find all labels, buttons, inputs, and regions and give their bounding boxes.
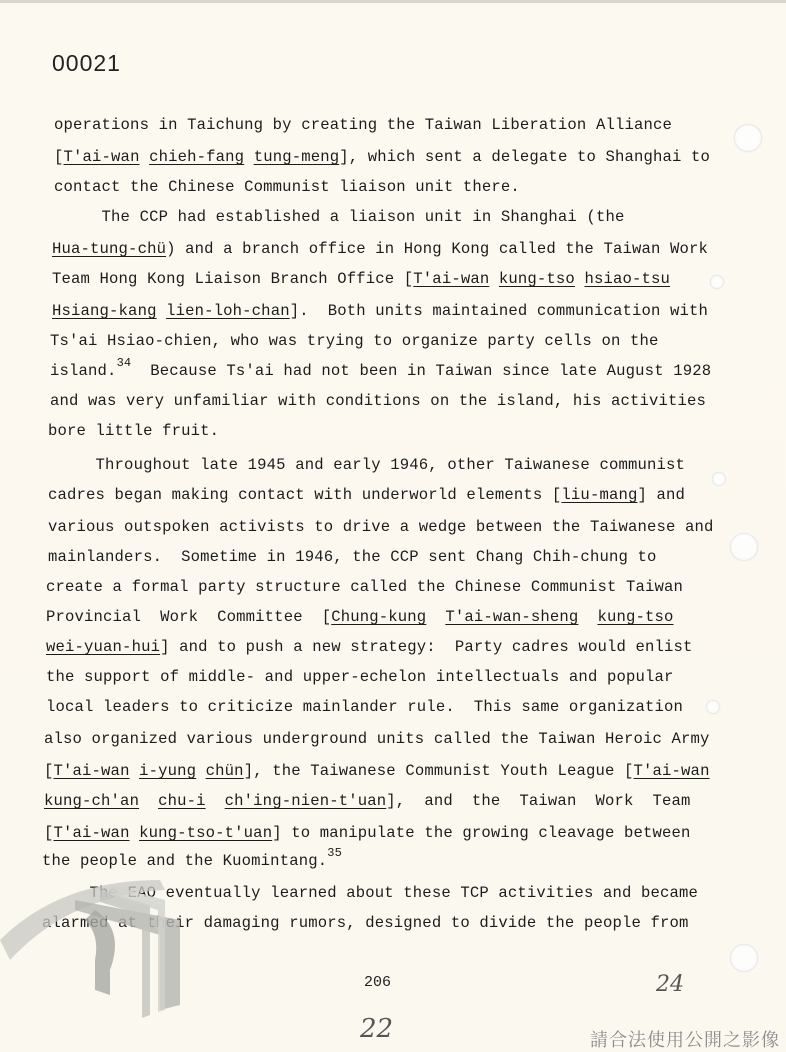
text-segment: ) and a branch office in Hong Kong calle… [166, 240, 708, 258]
romanized-term: wei-yuan-hui [46, 638, 160, 656]
romanized-term: T'ai-wan [54, 762, 130, 780]
romanized-term: T'ai-wan [634, 762, 710, 780]
text-segment: the people and the Kuomintang. [42, 852, 327, 870]
handwritten-mark: 22 [360, 1014, 393, 1044]
text-line: also organized various underground units… [44, 730, 710, 748]
text-segment: also organized various underground units… [44, 730, 710, 748]
text-segment: mainlanders. Sometime in 1946, the CCP s… [48, 548, 657, 566]
footnote-ref: 34 [117, 356, 132, 370]
text-segment [196, 762, 206, 780]
text-line: [T'ai-wan chieh-fang tung-meng], which s… [54, 148, 710, 166]
text-segment: ], the Taiwanese Communist Youth League … [244, 762, 634, 780]
text-line: Ts'ai Hsiao-chien, who was trying to org… [50, 332, 659, 350]
text-line: local leaders to criticize mainlander ru… [46, 698, 683, 716]
text-segment: create a formal party structure called t… [46, 578, 683, 596]
text-line: the people and the Kuomintang.35 [42, 852, 342, 870]
text-segment: island. [50, 362, 117, 380]
text-segment: The CCP had established a liaison unit i… [54, 208, 624, 226]
text-segment: ]. Both units maintained communication w… [290, 302, 708, 320]
text-segment [130, 762, 140, 780]
romanized-term: Hsiang-kang [52, 302, 157, 320]
romanized-term: T'ai-wan-sheng [445, 608, 578, 626]
text-segment: ] to manipulate the growing cleavage bet… [272, 824, 690, 842]
romanized-term: tung-meng [254, 148, 340, 166]
romanized-term: Hua-tung-chü [52, 240, 166, 258]
page-number: 206 [364, 974, 391, 991]
text-segment: local leaders to criticize mainlander ru… [46, 698, 683, 716]
romanized-term: T'ai-wan [64, 148, 140, 166]
text-segment: Throughout late 1945 and early 1946, oth… [48, 456, 685, 474]
text-line: contact the Chinese Communist liaison un… [54, 178, 520, 196]
romanized-term: hsiao-tsu [584, 270, 670, 288]
romanized-term: i-yung [139, 762, 196, 780]
text-segment: ] and [637, 486, 685, 504]
scanned-page: 00021 operations in Taichung by creating… [0, 0, 786, 1052]
romanized-term: kung-tso [499, 270, 575, 288]
text-segment: Provincial Work Committee [ [46, 608, 331, 626]
punch-hole [712, 472, 726, 486]
text-line: Hua-tung-chü) and a branch office in Hon… [52, 240, 708, 258]
text-line: bore little fruit. [48, 422, 219, 440]
text-segment: Because Ts'ai had not been in Taiwan sin… [131, 362, 711, 380]
romanized-term: kung-tso [597, 608, 673, 626]
punch-hole [730, 944, 758, 972]
text-line: Provincial Work Committee [Chung-kung T'… [46, 608, 674, 626]
text-segment: ], and the Taiwan Work Team [386, 792, 690, 810]
footnote-ref: 35 [327, 846, 342, 860]
text-segment [426, 608, 445, 626]
text-segment [244, 148, 254, 166]
archive-id: 00021 [52, 50, 121, 77]
text-line: Throughout late 1945 and early 1946, oth… [48, 456, 685, 474]
romanized-term: liu-mang [561, 486, 637, 504]
romanized-term: kung-ch'an [44, 792, 139, 810]
text-segment: operations in Taichung by creating the T… [54, 116, 672, 134]
punch-hole [734, 124, 762, 152]
text-segment [130, 824, 140, 842]
text-line: Hsiang-kang lien-loh-chan]. Both units m… [52, 302, 708, 320]
text-segment: contact the Chinese Communist liaison un… [54, 178, 520, 196]
romanized-term: T'ai-wan [54, 824, 130, 842]
punch-hole [706, 700, 720, 714]
text-line: [T'ai-wan kung-tso-t'uan] to manipulate … [44, 824, 691, 842]
watermark-text: 請合法使用公開之影像 [590, 1026, 780, 1052]
text-line: Team Hong Kong Liaison Branch Office [T'… [52, 270, 670, 288]
text-segment: various outspoken activists to drive a w… [48, 518, 714, 536]
text-segment: alarmed at their damaging rumors, design… [42, 914, 689, 932]
text-line: kung-ch'an chu-i ch'ing-nien-t'uan], and… [44, 792, 691, 810]
romanized-term: chu-i [158, 792, 206, 810]
romanized-term: T'ai-wan [413, 270, 489, 288]
text-segment: cadres began making contact with underwo… [48, 486, 561, 504]
text-segment: [ [44, 824, 54, 842]
romanized-term: chieh-fang [149, 148, 244, 166]
handwritten-mark: 24 [656, 972, 684, 997]
text-segment: ] and to push a new strategy: Party cadr… [160, 638, 692, 656]
text-line: the support of middle- and upper-echelon… [46, 668, 674, 686]
text-segment [489, 270, 499, 288]
punch-hole [710, 275, 724, 289]
romanized-term: lien-loh-chan [166, 302, 290, 320]
text-line: The EAO eventually learned about these T… [42, 884, 698, 902]
romanized-term: kung-tso-t'uan [139, 824, 272, 842]
text-segment: bore little fruit. [48, 422, 219, 440]
text-line: various outspoken activists to drive a w… [48, 518, 714, 536]
text-segment [157, 302, 167, 320]
text-segment: the support of middle- and upper-echelon… [46, 668, 674, 686]
text-line: The CCP had established a liaison unit i… [54, 208, 624, 226]
text-line: alarmed at their damaging rumors, design… [42, 914, 689, 932]
text-segment [206, 792, 225, 810]
page-top-edge [0, 0, 786, 3]
text-line: wei-yuan-hui] and to push a new strategy… [46, 638, 693, 656]
romanized-term: Chung-kung [331, 608, 426, 626]
text-line: create a formal party structure called t… [46, 578, 683, 596]
text-line: [T'ai-wan i-yung chün], the Taiwanese Co… [44, 762, 710, 780]
text-segment: The EAO eventually learned about these T… [42, 884, 698, 902]
romanized-term: chün [206, 762, 244, 780]
text-segment [140, 148, 150, 166]
text-segment: Team Hong Kong Liaison Branch Office [ [52, 270, 413, 288]
text-line: mainlanders. Sometime in 1946, the CCP s… [48, 548, 657, 566]
text-line: and was very unfamiliar with conditions … [50, 392, 706, 410]
romanized-term: ch'ing-nien-t'uan [225, 792, 387, 810]
text-segment: ], which sent a delegate to Shanghai to [339, 148, 710, 166]
text-line: island.34 Because Ts'ai had not been in … [50, 362, 711, 380]
text-line: operations in Taichung by creating the T… [54, 116, 672, 134]
text-segment: [ [44, 762, 54, 780]
text-segment: and was very unfamiliar with conditions … [50, 392, 706, 410]
text-line: cadres began making contact with underwo… [48, 486, 685, 504]
text-segment: [ [54, 148, 64, 166]
text-segment [139, 792, 158, 810]
text-segment [578, 608, 597, 626]
text-segment: Ts'ai Hsiao-chien, who was trying to org… [50, 332, 659, 350]
punch-hole [730, 533, 758, 561]
